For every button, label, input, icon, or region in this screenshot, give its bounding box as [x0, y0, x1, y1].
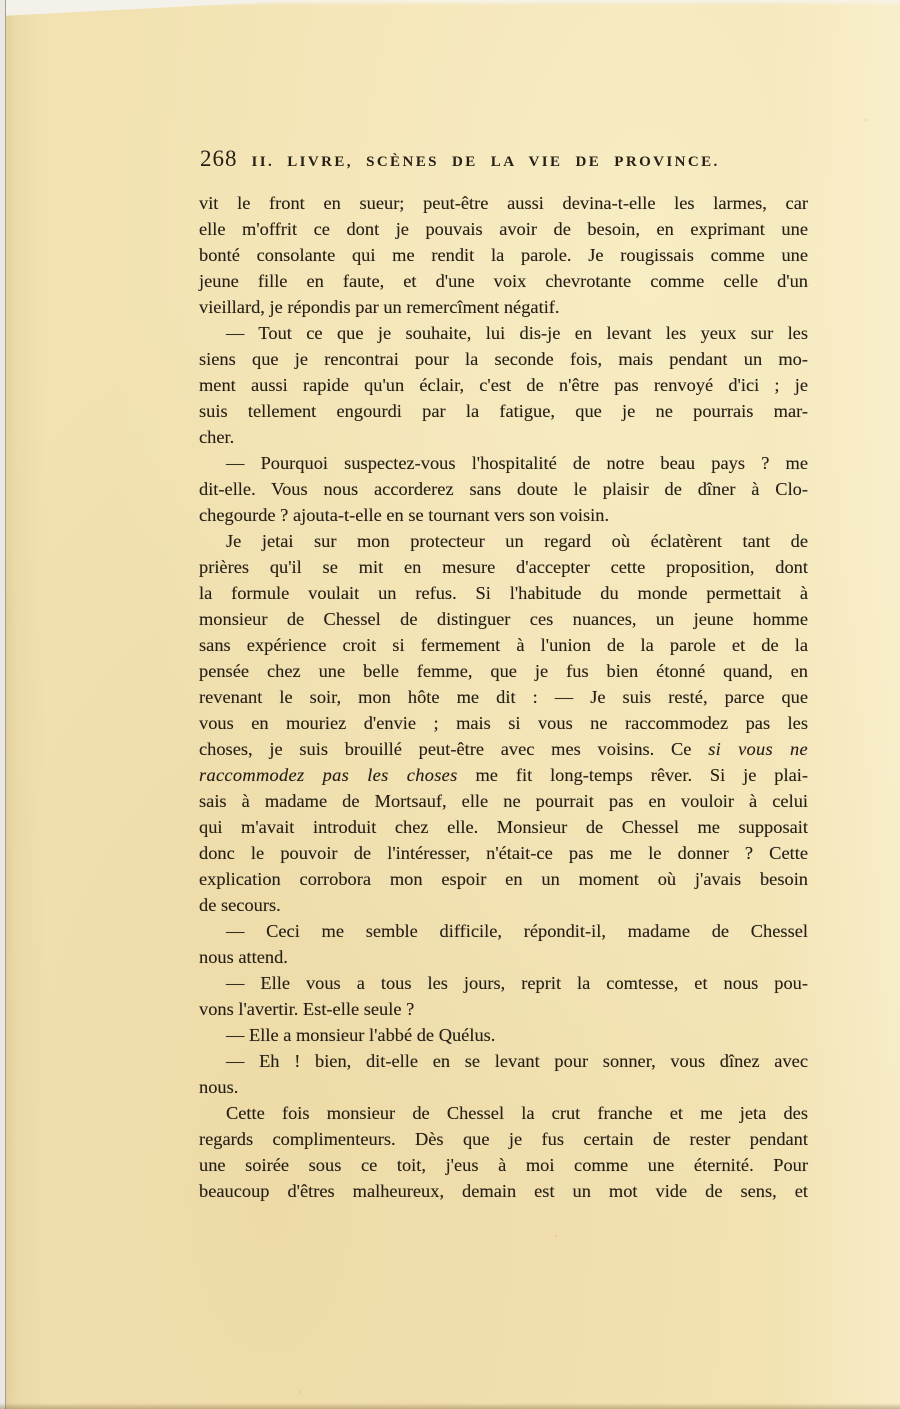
page-corner-highlight	[0, 0, 310, 16]
text-block: vit le front en sueur; peut-être aussi d…	[199, 190, 808, 1204]
text-line: elle m'offrit ce dont je pouvais avoir d…	[199, 216, 808, 242]
text-line: — Elle vous a tous les jours, reprit la …	[199, 970, 808, 996]
paragraph: — Eh ! bien, dit-elle en se levant pour …	[199, 1048, 808, 1100]
text-line: raccommodez pas les choses me fit long-t…	[199, 762, 808, 788]
text-line: de secours.	[199, 892, 808, 918]
text-line: sais à madame de Mortsauf, elle ne pourr…	[199, 788, 808, 814]
text-line: — Tout ce que je souhaite, lui dis-je en…	[199, 320, 808, 346]
paragraph: — Elle a monsieur l'abbé de Quélus.	[199, 1022, 808, 1048]
text-line: Je jetai sur mon protecteur un regard où…	[199, 528, 808, 554]
text-line: bonté consolante qui me rendit la parole…	[199, 242, 808, 268]
text-line: donc le pouvoir de l'intéresser, n'était…	[199, 840, 808, 866]
page-left-edge	[0, 0, 6, 1409]
text-line: suis tellement engourdi par la fatigue, …	[199, 398, 808, 424]
paragraph: — Ceci me semble difficile, répondit-il,…	[199, 918, 808, 970]
running-header: 268 II. LIVRE, SCÈNES DE LA VIE DE PROVI…	[200, 147, 809, 171]
paragraph: — Tout ce que je souhaite, lui dis-je en…	[199, 320, 808, 450]
text-line: qui m'avait introduit chez elle. Monsieu…	[199, 814, 808, 840]
text-line: — Pourquoi suspectez-vous l'hospitalité …	[199, 450, 808, 476]
text-line: revenant le soir, mon hôte me dit : — Je…	[199, 684, 808, 710]
text-line: vit le front en sueur; peut-être aussi d…	[199, 190, 808, 216]
text-line: pensée chez une belle femme, que je fus …	[199, 658, 808, 684]
text-line: jeune fille en faute, et d'une voix chev…	[199, 268, 808, 294]
paragraph: vit le front en sueur; peut-être aussi d…	[199, 190, 808, 320]
text-line: nous.	[199, 1074, 808, 1100]
text-line: explication corrobora mon espoir en un m…	[199, 866, 808, 892]
paragraph: — Elle vous a tous les jours, reprit la …	[199, 970, 808, 1022]
paragraph: — Pourquoi suspectez-vous l'hospitalité …	[199, 450, 808, 528]
text-line: nous attend.	[199, 944, 808, 970]
text-line: cher.	[199, 424, 808, 450]
page-bottom-edge	[0, 1403, 900, 1409]
text-line: siens que je rencontrai pour la seconde …	[199, 346, 808, 372]
paragraph: Cette fois monsieur de Chessel la crut f…	[199, 1100, 808, 1204]
text-line: chegourde ? ajouta-t-elle en se tournant…	[199, 502, 808, 528]
page-number: 268	[200, 147, 238, 170]
text-line: — Eh ! bien, dit-elle en se levant pour …	[199, 1048, 808, 1074]
running-title: II. LIVRE, SCÈNES DE LA VIE DE PROVINCE.	[252, 154, 720, 171]
text-line: sans expérience croit si fermement à l'u…	[199, 632, 808, 658]
text-line: ment aussi rapide qu'un éclair, c'est de…	[199, 372, 808, 398]
text-line: vons l'avertir. Est-elle seule ?	[199, 996, 808, 1022]
text-line: la formule voulait un refus. Si l'habitu…	[199, 580, 808, 606]
text-line: monsieur de Chessel de distinguer ces nu…	[199, 606, 808, 632]
text-line: vieillard, je répondis par un remercîmen…	[199, 294, 808, 320]
text-line: choses, je suis brouillé peut-être avec …	[199, 736, 808, 762]
text-line: dit-elle. Vous nous accorderez sans dout…	[199, 476, 808, 502]
text-line: une soirée sous ce toit, j'eus à moi com…	[199, 1152, 808, 1178]
text-line: beaucoup d'êtres malheureux, demain est …	[199, 1178, 808, 1204]
book-page-scan: 268 II. LIVRE, SCÈNES DE LA VIE DE PROVI…	[0, 0, 900, 1409]
text-line: regards complimenteurs. Dès que je fus c…	[199, 1126, 808, 1152]
text-line: — Ceci me semble difficile, répondit-il,…	[199, 918, 808, 944]
text-line: prières qu'il se mit en mesure d'accepte…	[199, 554, 808, 580]
text-line: — Elle a monsieur l'abbé de Quélus.	[199, 1022, 808, 1048]
text-line: vous en mouriez d'envie ; mais si vous n…	[199, 710, 808, 736]
text-line: Cette fois monsieur de Chessel la crut f…	[199, 1100, 808, 1126]
paragraph: Je jetai sur mon protecteur un regard où…	[199, 528, 808, 918]
